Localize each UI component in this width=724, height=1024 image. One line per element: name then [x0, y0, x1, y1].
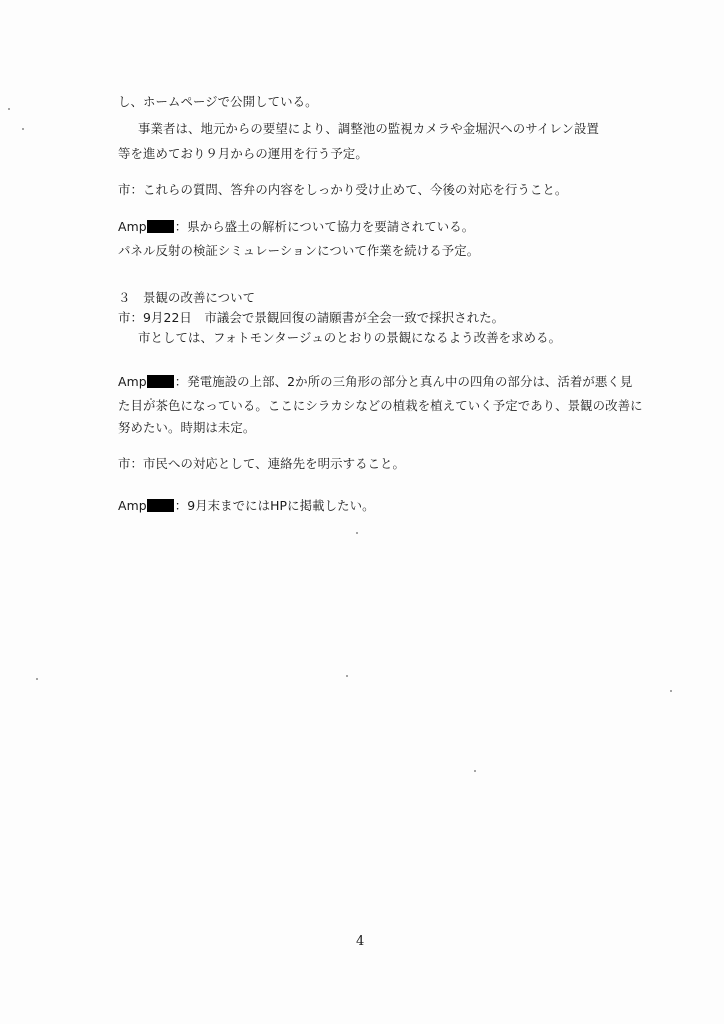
section-heading: ３ 景観の改善について [118, 290, 255, 306]
scan-speck [670, 690, 672, 692]
amp-statement: Amp：9月末までにはHPに掲載したい。 [118, 498, 375, 514]
amp-statement: Amp：県から盛土の解析について協力を要請されている。 [118, 219, 474, 235]
speaker-prefix: Amp [118, 219, 147, 234]
amp-statement: Amp：発電施設の上部、2か所の三角形の部分と真ん中の四角の部分は、活着が悪く見 [118, 374, 632, 390]
city-statement: 市：市民への対応として、連絡先を明示すること。 [118, 456, 405, 472]
redaction-block [147, 499, 174, 512]
paragraph-line: し、ホームページで公開している。 [118, 94, 318, 110]
page-number: 4 [356, 934, 364, 949]
paragraph-line: た目が茶色になっている。ここにシラカシなどの植栽を植えていく予定であり、景観の改… [118, 398, 643, 414]
scan-speck [150, 398, 152, 400]
paragraph-line: 市としては、フォトモンタージュのとおりの景観になるよう改善を求める。 [138, 330, 561, 346]
scan-speck [356, 532, 358, 534]
statement-text: ：県から盛土の解析について協力を要請されている。 [175, 219, 475, 234]
scan-speck [22, 128, 24, 130]
statement-text: ：9月末までにはHPに掲載したい。 [175, 498, 375, 513]
redaction-block [147, 220, 174, 233]
paragraph-line: 努めたい。時期は未定。 [118, 420, 255, 436]
speaker-prefix: Amp [118, 374, 147, 389]
scan-speck [474, 770, 476, 772]
scan-speck [346, 675, 348, 677]
speaker-prefix: Amp [118, 498, 147, 513]
paragraph-line: パネル反射の検証シミュレーションについて作業を続ける予定。 [118, 243, 479, 259]
city-statement: 市：9月22日 市議会で景観回復の請願書が全会一致で採択された。 [118, 310, 504, 326]
city-statement: 市：これらの質問、答弁の内容をしっかり受け止めて、今後の対応を行うこと。 [118, 182, 567, 198]
scan-speck [36, 678, 38, 680]
scan-speck [8, 108, 10, 110]
statement-text: ：発電施設の上部、2か所の三角形の部分と真ん中の四角の部分は、活着が悪く見 [175, 374, 633, 389]
document-page: し、ホームページで公開している。 事業者は、地元からの要望により、調整池の監視カ… [0, 0, 724, 1024]
paragraph-line: 事業者は、地元からの要望により、調整池の監視カメラや金堀沢へのサイレン設置 [138, 121, 599, 137]
redaction-block [147, 375, 174, 388]
paragraph-line: 等を進めており９月からの運用を行う予定。 [118, 146, 368, 162]
